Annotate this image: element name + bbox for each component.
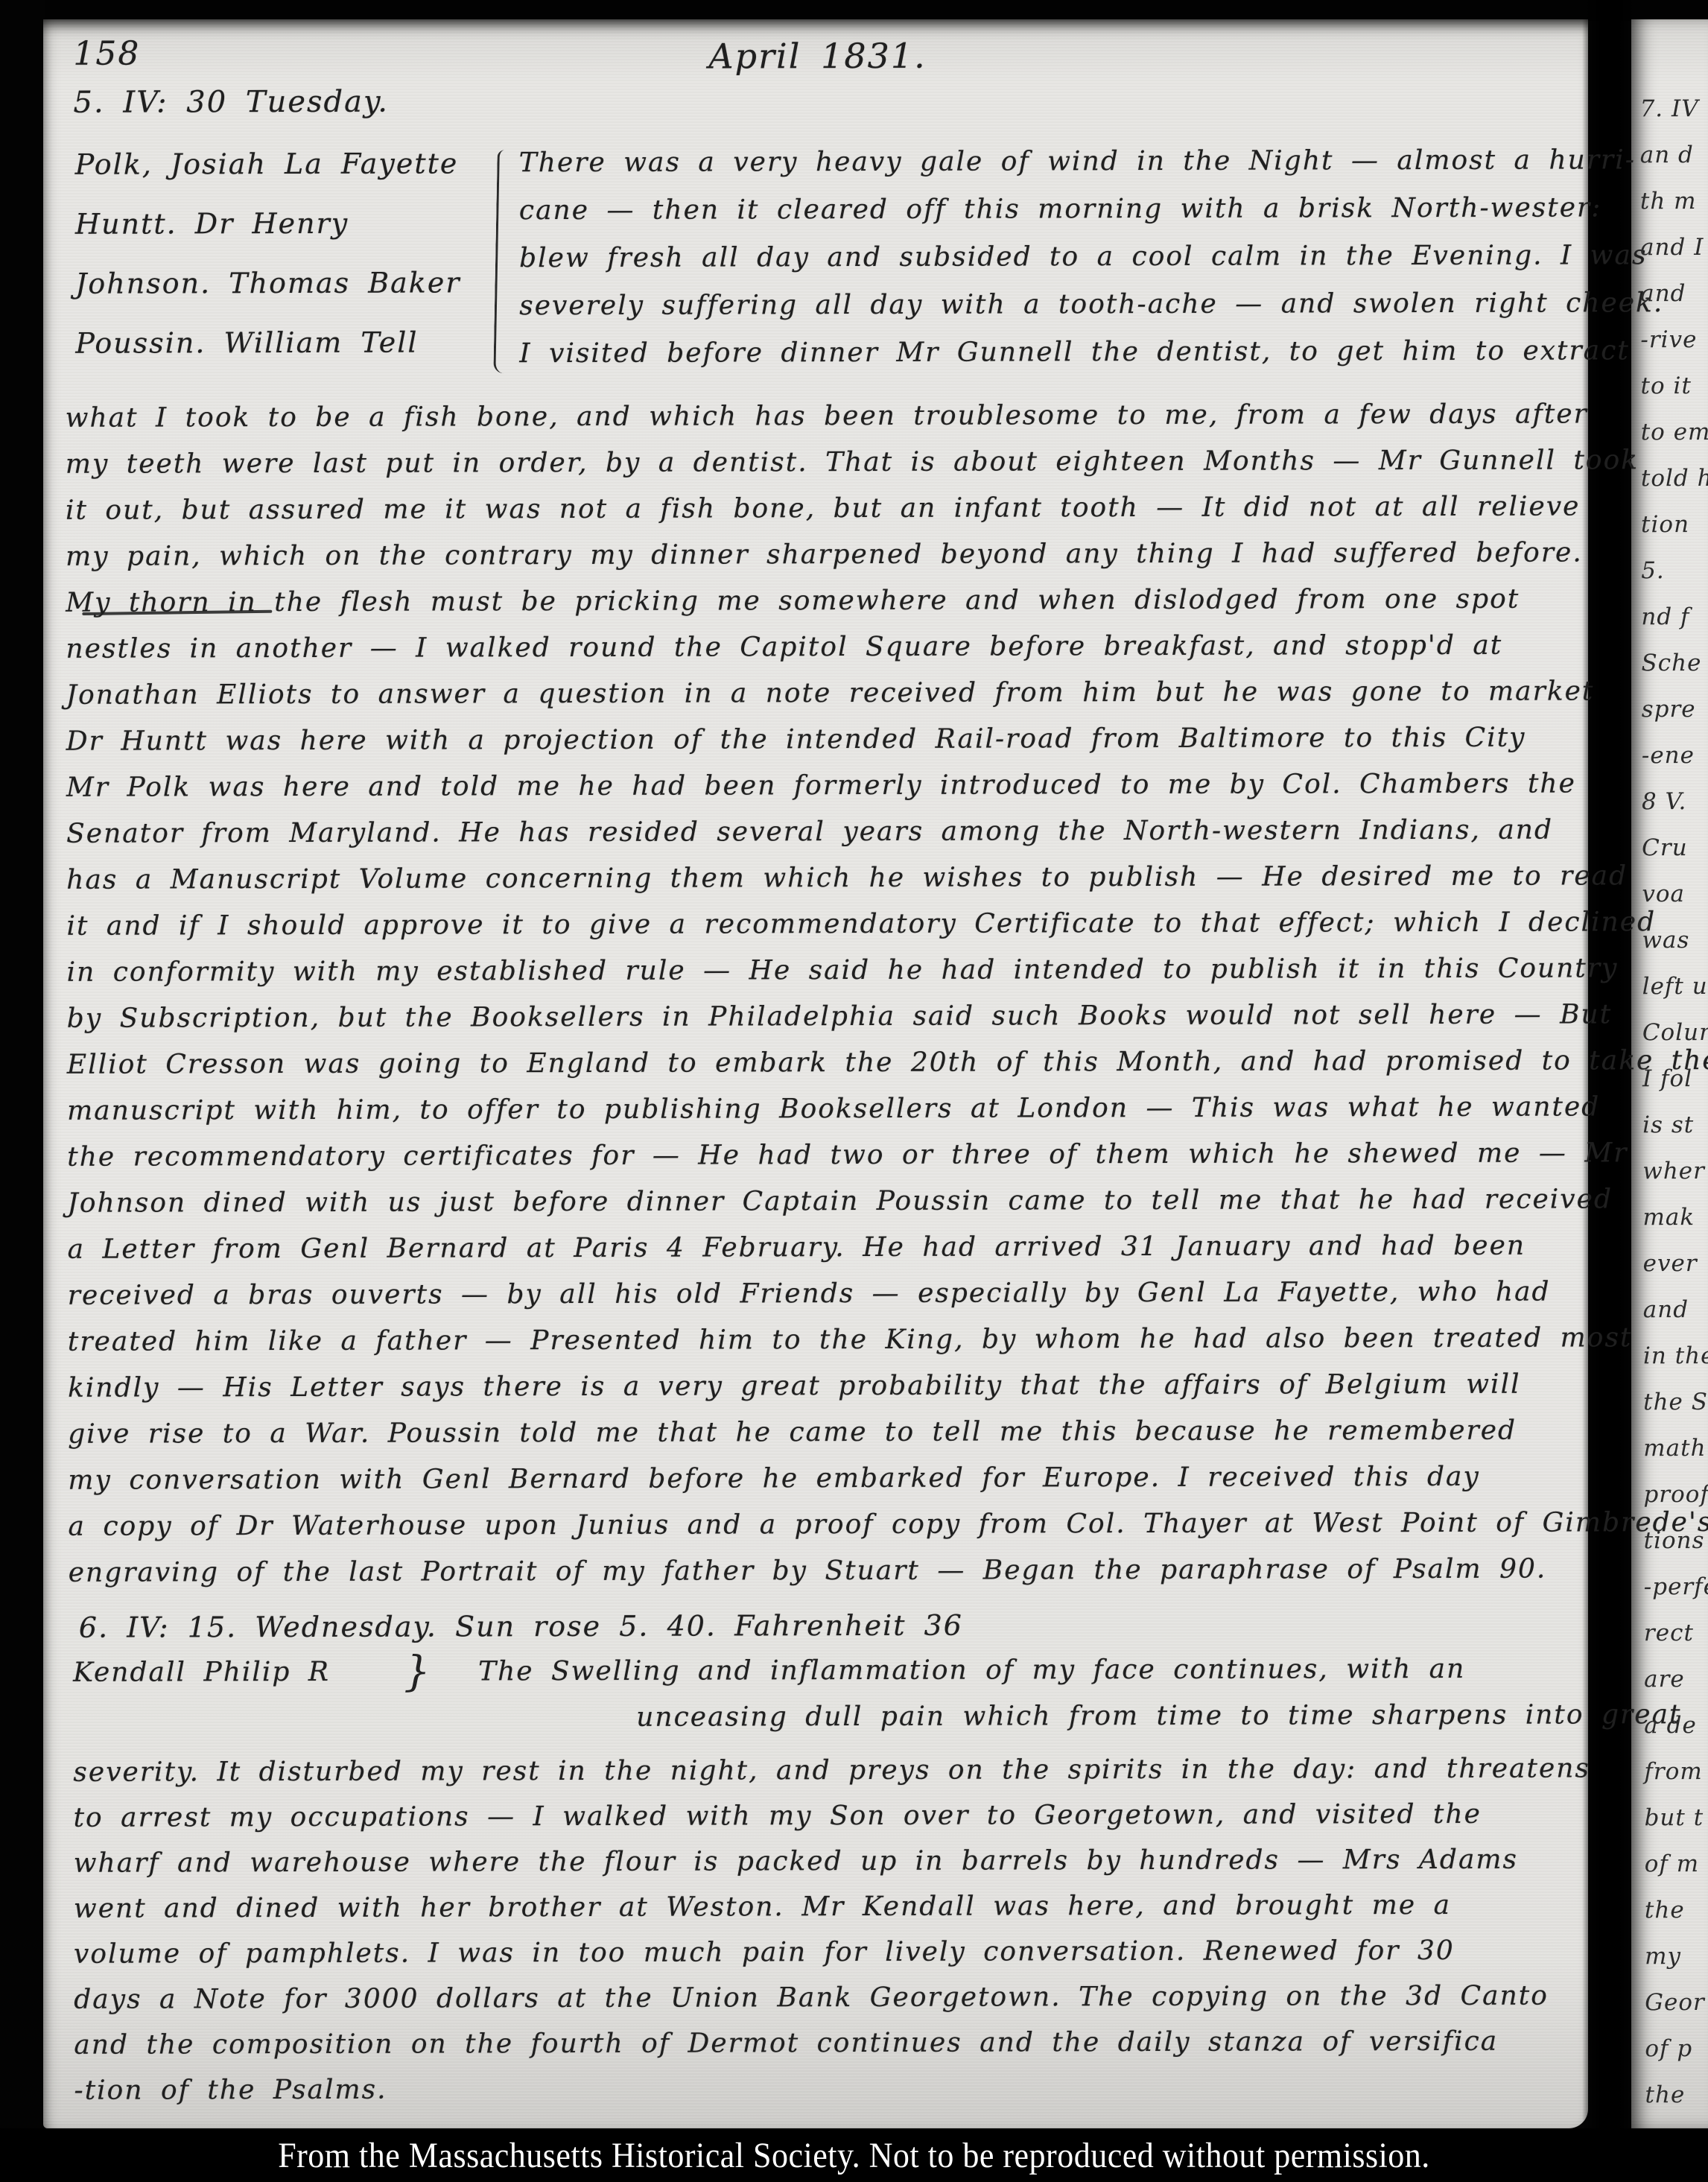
fragment-line: -ene [1642,732,1708,778]
fragment-line: ever [1643,1240,1708,1287]
entry1-date-heading: 5. IV: 30 Tuesday. [73,85,389,120]
manuscript-line: has a Manuscript Volume concerning them … [66,853,1708,904]
fragment-line: and [1640,270,1708,317]
fragment-line: was [1642,917,1708,963]
fragment-line: of m [1645,1841,1708,1887]
fragment-line: and [1643,1287,1708,1333]
manuscript-line: kindly — His Letter says there is a very… [68,1361,1708,1412]
fragment-line: I fol [1642,1056,1708,1102]
next-page-text-fragments: 7. IVan dth mand Iand-riveto itto emtold… [1639,86,1708,2118]
manuscript-line: my conversation with Genl Bernard before… [68,1453,1708,1504]
fragment-line: nd f [1641,594,1708,640]
footer-banner: From the Massachusetts Historical Societ… [0,2128,1708,2182]
fragment-line: to it [1640,363,1708,409]
fragment-line: the S [1643,1379,1708,1425]
fragment-line: -rive [1640,317,1708,363]
manuscript-line: -tion of the Psalms. [74,2064,1591,2113]
fragment-line: is st [1642,1102,1708,1148]
visitor-name: Johnson. Thomas Baker [75,253,461,313]
month-year-header: April 1831. [708,36,927,77]
fragment-line: to em [1641,409,1708,455]
fragment-line: the [1645,1887,1708,1933]
entry1-visitor-list: Polk, Josiah La FayetteHuntt. Dr HenryJo… [75,133,461,372]
manuscript-line: treated him like a father — Presented hi… [68,1315,1708,1366]
fragment-line: a de [1644,1702,1708,1748]
manuscript-line: severely suffering all day with a tooth-… [519,279,1663,330]
manuscript-line: cane — then it cleared off this morning … [519,184,1663,235]
manuscript-line: engraving of the last Portrait of my fat… [69,1546,1708,1596]
manuscript-line: I visited before dinner Mr Gunnell the d… [519,327,1663,378]
fragment-line: the [1645,2072,1708,2118]
visitor-name: Polk, Josiah La Fayette [75,133,461,194]
fragment-line: Colum [1642,1009,1708,1056]
fragment-line: 5. [1641,548,1708,594]
handwriting-layer: 158 April 1831. 5. IV: 30 Tuesday. Polk,… [0,0,1708,2182]
archive-credit-text: From the Massachusetts Historical Societ… [278,2134,1430,2175]
manuscript-line: days a Note for 3000 dollars at the Unio… [74,1973,1591,2022]
entry1-opening-text: There was a very heavy gale of wind in t… [519,136,1664,378]
manuscript-line: Jonathan Elliots to answer a question in… [66,668,1708,719]
fragment-line: and I [1640,224,1708,270]
manuscript-line: unceasing dull pain which from time to t… [636,1699,1681,1733]
fragment-line: math [1643,1425,1708,1471]
visitor-brace-line [493,150,511,373]
manuscript-line: a copy of Dr Waterhouse upon Junius and … [68,1500,1708,1550]
manuscript-line: received a bras ouverts — by all his old… [68,1269,1708,1319]
fragment-line: my [1645,1933,1708,1979]
manuscript-line: a Letter from Genl Bernard at Paris 4 Fe… [67,1222,1708,1273]
manuscript-line: what I took to be a fish bone, and which… [66,391,1708,442]
fragment-line: told h [1641,455,1708,501]
fragment-line: from [1644,1748,1708,1795]
manuscript-line: nestles in another — I walked round the … [66,622,1708,673]
manuscript-line: blew fresh all day and subsided to a coo… [519,232,1663,282]
manuscript-line: Elliot Cresson was going to England to e… [67,1038,1708,1088]
fragment-line: mak [1642,1194,1708,1240]
fragment-line: tion [1641,501,1708,548]
fragment-line: an d [1640,132,1708,178]
manuscript-line: Johnson dined with us just before dinner… [67,1176,1708,1227]
fragment-line: th m [1640,178,1708,224]
manuscript-line: went and dined with her brother at Westo… [74,1882,1591,1931]
manuscript-line: Senator from Maryland. He has resided se… [66,807,1708,857]
fragment-line: left u [1642,963,1708,1009]
manuscript-line: it and if I should approve it to give a … [66,899,1708,950]
scanned-diary-page: 158 April 1831. 5. IV: 30 Tuesday. Polk,… [0,0,1708,2182]
visitor-name: Huntt. Dr Henry [75,193,461,253]
fragment-line: but t [1644,1795,1708,1841]
manuscript-line: My thorn in the flesh must be pricking m… [66,576,1708,627]
entry2-body-text: severity. It disturbed my rest in the ni… [73,1745,1591,2113]
manuscript-line: severity. It disturbed my rest in the ni… [73,1745,1590,1795]
manuscript-line: volume of pamphlets. I was in too much p… [74,1927,1591,1976]
manuscript-line: There was a very heavy gale of wind in t… [519,136,1663,187]
fragment-line: -perfe [1644,1564,1708,1610]
fragment-line: are [1644,1656,1708,1702]
manuscript-line: in conformity with my established rule —… [66,945,1708,996]
manuscript-line: The Swelling and inflammation of my face… [478,1654,1465,1687]
margin-brace: } [404,1647,431,1696]
manuscript-line: wharf and warehouse where the flour is p… [74,1836,1591,1886]
entry2-margin-name: Kendall Philip R [73,1657,330,1688]
fragment-line: Cru [1642,825,1708,871]
manuscript-line: the recommendatory certificates for — He… [67,1130,1708,1181]
fragment-line: proof [1643,1471,1708,1517]
visitor-name: Poussin. William Tell [75,312,461,372]
manuscript-line: give rise to a War. Poussin told me that… [68,1407,1708,1458]
fragment-line: rect [1644,1610,1708,1656]
manuscript-line: manuscript with him, to offer to publish… [67,1084,1708,1135]
fragment-line: of p [1645,2026,1708,2072]
manuscript-line: Mr Polk was here and told me he had been… [66,761,1708,811]
fragment-line: Sche [1641,640,1708,686]
fragment-line: spre [1642,686,1708,732]
manuscript-line: to arrest my occupations — I walked with… [73,1791,1590,1840]
manuscript-line: Dr Huntt was here with a projection of t… [66,714,1708,765]
manuscript-line: and the composition on the fourth of Der… [74,2018,1591,2067]
page-number: 158 [73,35,140,73]
manuscript-line: my pain, which on the contrary my dinner… [66,530,1708,580]
manuscript-line: by Subscription, but the Booksellers in … [67,992,1708,1042]
fragment-line: voa [1642,871,1708,917]
fragment-line: in the [1643,1333,1708,1379]
fragment-line: Geor [1645,1979,1708,2026]
fragment-line: wher [1642,1148,1708,1194]
fragment-line: tions [1644,1517,1708,1564]
entry2-date-heading: 6. IV: 15. Wednesday. Sun rose 5. 40. Fa… [79,1609,963,1644]
fragment-line: 8 V. [1642,778,1708,825]
fragment-line: 7. IV [1639,86,1708,132]
manuscript-line: my teeth were last put in order, by a de… [66,437,1708,488]
entry1-body-text: what I took to be a fish bone, and which… [66,391,1708,1596]
manuscript-line: it out, but assured me it was not a fish… [66,483,1708,534]
